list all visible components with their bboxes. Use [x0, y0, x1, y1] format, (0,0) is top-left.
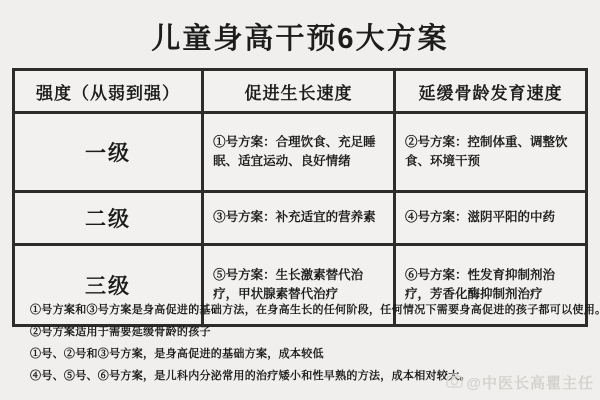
- footnote-item: ①号、②号和③号方案，是身高促进的基础方案，成本较低: [30, 343, 595, 365]
- footnote-item: ②号方案适用于需要延缓骨龄的孩子: [30, 321, 595, 343]
- delay-plan-cell: ④号方案：滋阴平阳的中药: [395, 192, 587, 245]
- page-title: 儿童身高干预6大方案: [0, 16, 600, 57]
- footnote-item: ①号方案和③号方案是身高促进的基础方法，在身高生长的任何阶段，任何情况下需要身高…: [30, 299, 595, 321]
- promote-plan-cell: ③号方案：补充适宜的营养素: [203, 192, 395, 245]
- header-cell-delay-bone-age: 延缓骨龄发育速度: [395, 70, 587, 113]
- header-cell-promote-growth: 促进生长速度: [203, 70, 395, 113]
- level-cell: 二级: [14, 192, 203, 245]
- header-cell-intensity: 强度（从弱到强）: [14, 70, 203, 113]
- intervention-table: 强度（从弱到强） 促进生长速度 延缓骨龄发育速度 一级 ①号方案：合理饮食、充足…: [12, 68, 588, 327]
- delay-plan-cell: ②号方案：控制体重、调整饮食、环境干预: [395, 113, 587, 192]
- level-cell: 一级: [14, 113, 203, 192]
- camera-icon: [446, 373, 463, 392]
- watermark-handle: @中医长高瞿主任: [466, 372, 594, 393]
- header-row: 强度（从弱到强） 促进生长速度 延缓骨龄发育速度: [14, 70, 587, 113]
- watermark: @中医长高瞿主任: [446, 372, 594, 393]
- table-row-level-2: 二级 ③号方案：补充适宜的营养素 ④号方案：滋阴平阳的中药: [14, 192, 587, 245]
- table-row-level-1: 一级 ①号方案：合理饮食、充足睡眠、适宜运动、良好情绪 ②号方案：控制体重、调整…: [14, 113, 587, 192]
- promote-plan-cell: ①号方案：合理饮食、充足睡眠、适宜运动、良好情绪: [203, 113, 395, 192]
